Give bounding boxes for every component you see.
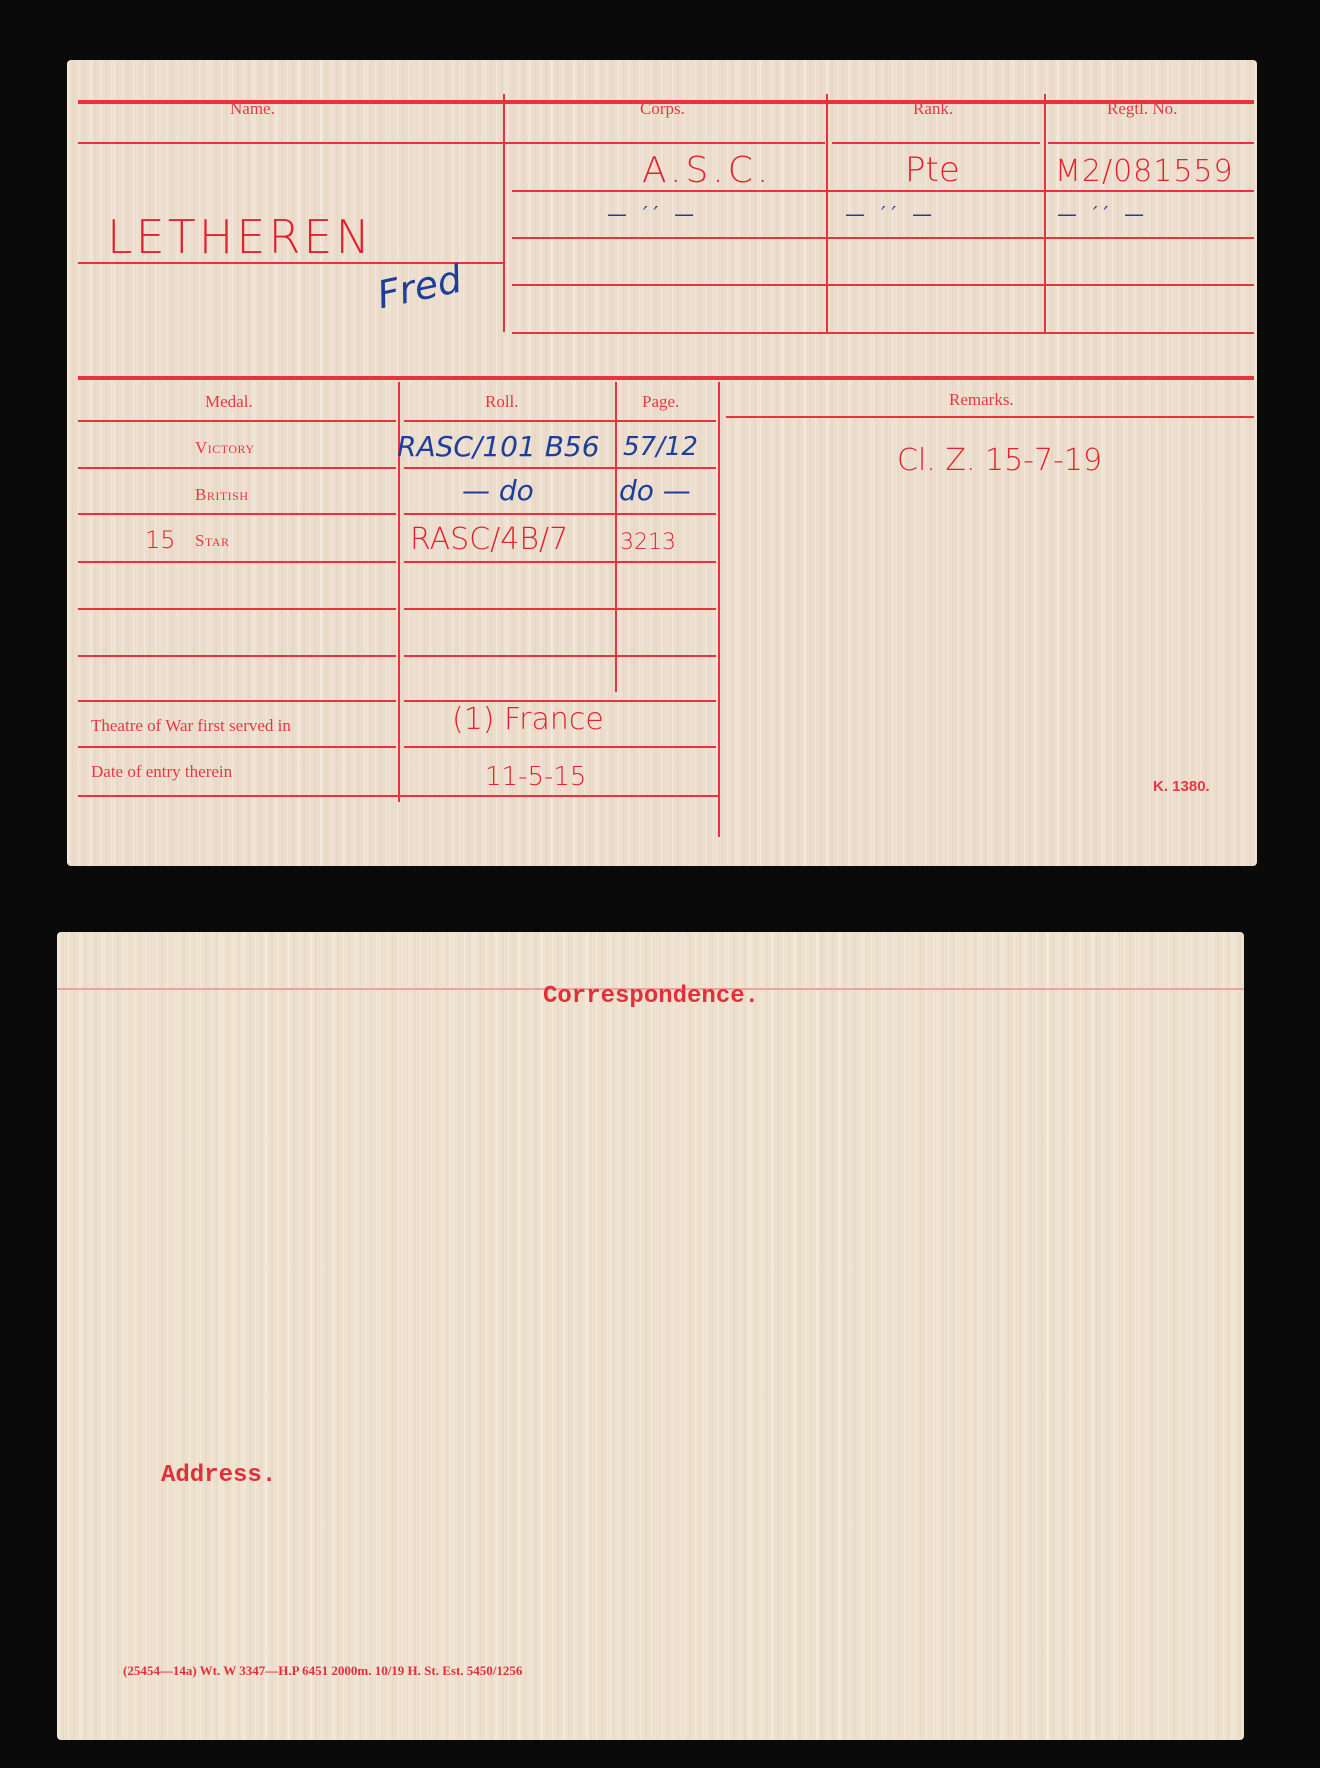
rule [78,467,396,469]
name-header: Name. [230,99,275,119]
rule [78,513,396,515]
medal-label-star: Star [195,531,230,551]
roll-victory: RASC/101 B56 [397,430,600,463]
rule [78,608,396,610]
remarks-value: Cl. Z. 15-7-19 [897,443,1102,478]
address-label: Address. [161,1462,276,1489]
rule [726,416,1254,418]
rule [404,746,716,748]
divider [503,94,505,332]
rule [78,655,396,657]
page-star: 3213 [620,530,676,555]
medal-header: Medal. [205,392,253,412]
rule [78,746,396,748]
medal-index-card-front: Name. Corps. Rank. Regtl. No. LETHEREN F… [67,60,1257,866]
rank-ditto: — ′′ — [845,202,938,226]
section-rule [78,376,1254,380]
print-footer: (25454—14a) Wt. W 3347—H.P 6451 2000m. 1… [123,1663,522,1679]
rule [1048,142,1254,144]
rule [404,608,716,610]
page-header: Page. [642,392,679,412]
rule [78,561,396,563]
rule [512,237,1254,239]
corps-ditto: — ′′ — [607,202,700,226]
rule [404,513,716,515]
rule [512,190,1254,192]
rule [404,655,716,657]
medal-label-british: British [195,485,249,505]
regtl-no-value: M2/081559 [1055,154,1234,189]
remarks-header: Remarks. [949,390,1014,410]
rule [78,142,513,144]
medal-index-card-back: Correspondence. Address. (25454—14a) Wt.… [57,932,1244,1740]
rank-header: Rank. [913,99,953,119]
regtl-no-ditto: — ′′ — [1057,202,1150,226]
rule [78,795,718,797]
rule [512,284,1254,286]
page-victory: 57/12 [623,432,698,462]
rank-value: Pte [905,150,960,190]
rule [404,467,716,469]
rule [832,142,1040,144]
regtl-no-header: Regtl. No. [1107,99,1177,119]
rule [404,561,716,563]
roll-header: Roll. [485,392,519,412]
rule [404,420,716,422]
surname: LETHEREN [107,210,373,264]
entry-value: 11-5-15 [485,762,586,792]
medal-label-victory: Victory [195,438,255,458]
corps-value: A.S.C. [642,150,772,191]
divider [1044,94,1046,332]
divider [615,382,617,692]
divider [826,94,828,332]
divider [718,382,720,837]
correspondence-title: Correspondence. [543,983,759,1010]
roll-star: RASC/4B/7 [410,522,568,557]
forename: Fred [373,257,465,318]
corps-header: Corps. [640,99,685,119]
medal-prefix-15: 15 [145,526,176,554]
rule [78,420,396,422]
theatre-value: (1) France [452,702,604,737]
theatre-label: Theatre of War first served in [91,716,291,736]
form-code: K. 1380. [1153,778,1210,795]
entry-label: Date of entry therein [91,762,232,782]
rule [512,142,825,144]
rule [512,332,1254,334]
roll-british: — do [462,474,534,507]
page-british: do — [619,474,691,507]
rule [78,700,396,702]
